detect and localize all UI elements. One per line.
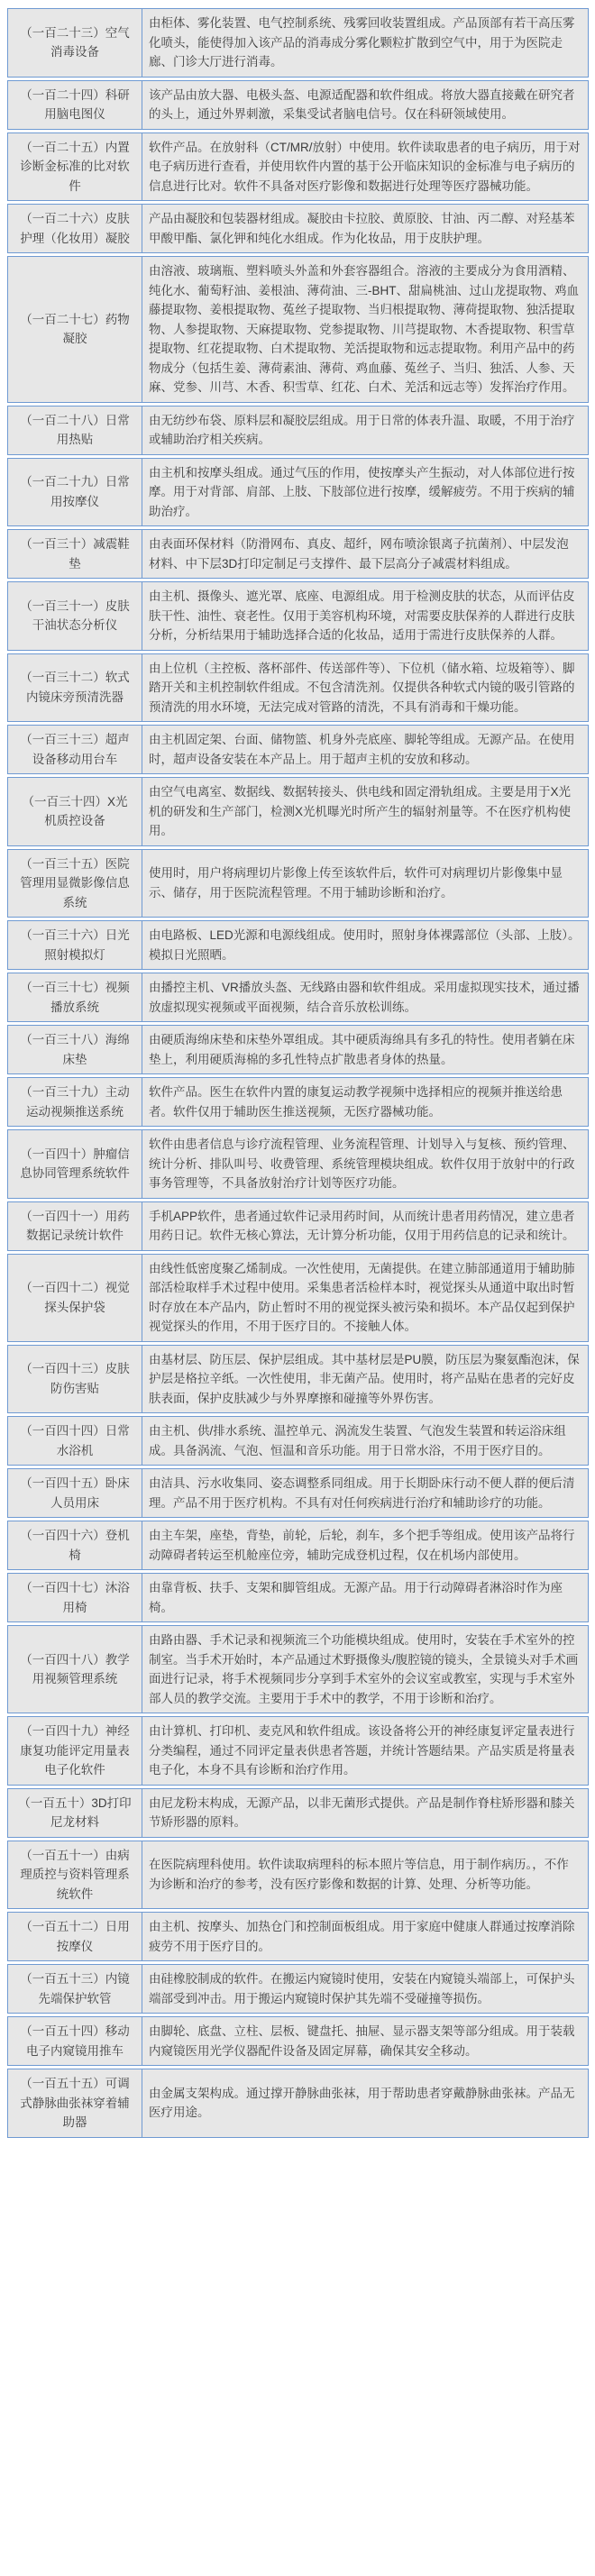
table-row: （一百三十五）医院管理用显微影像信息系统 使用时，用户将病理切片影像上传至该软件…	[7, 849, 589, 918]
item-label: （一百二十五）内置诊断金标准的比对软件	[7, 132, 142, 202]
item-description: 由播控主机、VR播放头盔、无线路由器和软件组成。采用虚拟现实技术，通过播放虚拟现…	[142, 973, 589, 1022]
table-row: （一百五十一）由病理质控与资料管理系统软件 在医院病理科使用。软件读取病理科的标…	[7, 1841, 589, 1910]
item-label: （一百五十一）由病理质控与资料管理系统软件	[7, 1841, 142, 1910]
item-description-text: 手机APP软件，患者通过软件记录用药时间，从而统计患者用药情况，建立患者用药日记…	[149, 1207, 581, 1246]
item-label: （一百四十四）日常水浴机	[7, 1416, 142, 1466]
table-row: （一百二十九）日常用按摩仪 由主机和按摩头组成。通过气压的作用，使按摩头产生振动…	[7, 458, 589, 527]
item-description: 由硬质海绵床垫和床垫外罩组成。其中硬质海绵具有多孔的特性。使用者躺在床垫上，利用…	[142, 1025, 589, 1074]
item-description-text: 由靠背板、扶手、支架和脚管组成。无源产品。用于行动障碍者淋浴时作为座椅。	[149, 1578, 581, 1617]
item-description-text: 软件由患者信息与诊疗流程管理、业务流程管理、计划导入与复核、预约管理、统计分析、…	[149, 1135, 581, 1193]
table-row: （一百四十）肿瘤信息协同管理系统软件 软件由患者信息与诊疗流程管理、业务流程管理…	[7, 1129, 589, 1199]
item-description-text: 由尼龙粉末构成，无源产品，以非无菌形式提供。产品是制作脊柱矫形器和膝关节矫形器的…	[149, 1794, 581, 1832]
item-description-text: 由播控主机、VR播放头盔、无线路由器和软件组成。采用虚拟现实技术，通过播放虚拟现…	[149, 978, 581, 1017]
document-page: （一百二十三）空气消毒设备 由柜体、雾化装置、电气控制系统、残雾回收装置组成。产…	[0, 0, 595, 2150]
item-description-text: 由计算机、打印机、麦克风和软件组成。该设备将公开的神经康复评定量表进行分类编程，…	[149, 1722, 581, 1780]
item-description: 由主机、供/排水系统、温控单元、涡流发生装置、气泡发生装置和转运浴床组成。具备涡…	[142, 1416, 589, 1466]
table-row: （一百三十四）X光机质控设备 由空气电离室、数据线、数据转接头、供电线和固定滑轨…	[7, 777, 589, 846]
item-description: 由金属支架构成。通过撑开静脉曲张袜，用于帮助患者穿戴静脉曲张袜。产品无医疗用途。	[142, 2069, 589, 2138]
item-description: 由基材层、防压层、保护层组成。其中基材层是PU膜，防压层为聚氨酯泡沫，保护层是格…	[142, 1345, 589, 1414]
item-description: 由电路板、LED光源和电源线组成。使用时，照射身体裸露部位（头部、上肢）。模拟日…	[142, 920, 589, 970]
table-row: （一百四十三）皮肤防伤害贴 由基材层、防压层、保护层组成。其中基材层是PU膜，防…	[7, 1345, 589, 1414]
item-description: 由主机、按摩头、加热仓门和控制面板组成。用于家庭中健康人群通过按摩消除疲劳不用于…	[142, 1912, 589, 1961]
item-label: （一百三十）减震鞋垫	[7, 529, 142, 579]
item-description: 由主机、摄像头、遮光罩、底座、电源组成。用于检测皮肤的状态，从而评估皮肤干性、油…	[142, 581, 589, 651]
item-description: 由表面环保材料（防滑网布、真皮、超纤，网布喷涂银离子抗菌剂）、中层发泡材料、中下…	[142, 529, 589, 579]
table-row: （一百五十五）可调式静脉曲张袜穿着辅助器 由金属支架构成。通过撑开静脉曲张袜，用…	[7, 2069, 589, 2138]
item-label: （一百四十八）教学用视频管理系统	[7, 1625, 142, 1713]
item-description-text: 由主机固定架、台面、储物篮、机身外壳底座、脚轮等组成。无源产品。在使用时，超声设…	[149, 730, 581, 769]
item-description: 由靠背板、扶手、支架和脚管组成。无源产品。用于行动障碍者淋浴时作为座椅。	[142, 1573, 589, 1622]
item-description-text: 由柜体、雾化装置、电气控制系统、残雾回收装置组成。产品顶部有若干高压雾化喷头，能…	[149, 14, 581, 72]
table-row: （一百五十四）移动电子内窥镜用推车 由脚轮、底盘、立柱、层板、键盘托、抽屉、显示…	[7, 2016, 589, 2066]
item-label: （一百四十二）视觉探头保护袋	[7, 1254, 142, 1342]
item-description: 由溶液、玻璃瓶、塑料喷头外盖和外套容器组合。溶液的主要成分为食用酒精、纯化水、葡…	[142, 256, 589, 403]
item-description-text: 由脚轮、底盘、立柱、层板、键盘托、抽屉、显示器支架等部分组成。用于装载内窥镜医用…	[149, 2022, 581, 2060]
table-row: （一百三十三）超声设备移动用台车 由主机固定架、台面、储物篮、机身外壳底座、脚轮…	[7, 725, 589, 774]
table-row: （一百五十）3D打印尼龙材料 由尼龙粉末构成，无源产品，以非无菌形式提供。产品是…	[7, 1788, 589, 1838]
item-description-text: 软件产品。在放射科（CT/MR/放射）中使用。软件读取患者的电子病历，用于对电子…	[149, 138, 581, 196]
table-row: （一百四十一）用药数据记录统计软件 手机APP软件，患者通过软件记录用药时间，从…	[7, 1201, 589, 1251]
table-row: （一百四十六）登机椅 由主车架，座垫，背垫，前轮，后轮，刹车，多个把手等组成。使…	[7, 1521, 589, 1570]
table-row: （一百三十九）主动运动视频推送系统 软件产品。医生在软件内置的康复运动教学视频中…	[7, 1077, 589, 1127]
item-description-text: 由路由器、手术记录和视频流三个功能模块组成。使用时，安装在手术室外的控制室。当手…	[149, 1631, 581, 1708]
item-description-text: 由上位机（主控板、落杯部件、传送部件等）、下位机（储水箱、垃圾箱等）、脚踏开关和…	[149, 659, 581, 717]
item-label: （一百四十七）沐浴用椅	[7, 1573, 142, 1622]
item-label: （一百三十七）视频播放系统	[7, 973, 142, 1022]
item-description: 由柜体、雾化装置、电气控制系统、残雾回收装置组成。产品顶部有若干高压雾化喷头，能…	[142, 8, 589, 78]
table-row: （一百四十五）卧床人员用床 由洁具、污水收集同、姿态调整系同组成。用于长期卧床行…	[7, 1468, 589, 1518]
table-row: （一百二十四）科研用脑电图仪 该产品由放大器、电极头盔、电源适配器和软件组成。将…	[7, 80, 589, 130]
table-row: （一百五十三）内镜先端保护软管 由硅橡胶制成的软件。在搬运内窥镜时使用，安装在内…	[7, 1964, 589, 2014]
item-description-text: 由主车架，座垫，背垫，前轮，后轮，刹车，多个把手等组成。使用该产品将行动障碍者转…	[149, 1526, 581, 1565]
table-row: （一百三十七）视频播放系统 由播控主机、VR播放头盔、无线路由器和软件组成。采用…	[7, 973, 589, 1022]
item-description-text: 由表面环保材料（防滑网布、真皮、超纤，网布喷涂银离子抗菌剂）、中层发泡材料、中下…	[149, 534, 581, 573]
item-description: 软件产品。医生在软件内置的康复运动教学视频中选择相应的视频并推送给患者。软件仅用…	[142, 1077, 589, 1127]
item-description: 由洁具、污水收集同、姿态调整系同组成。用于长期卧床行动不便人群的便后清理。产品不…	[142, 1468, 589, 1518]
item-label: （一百四十）肿瘤信息协同管理系统软件	[7, 1129, 142, 1199]
item-label: （一百四十九）神经康复功能评定用量表电子化软件	[7, 1716, 142, 1786]
item-description-text: 由金属支架构成。通过撑开静脉曲张袜，用于帮助患者穿戴静脉曲张袜。产品无医疗用途。	[149, 2084, 581, 2123]
table-row: （一百二十五）内置诊断金标准的比对软件 软件产品。在放射科（CT/MR/放射）中…	[7, 132, 589, 202]
item-description-text: 由电路板、LED光源和电源线组成。使用时，照射身体裸露部位（头部、上肢）。模拟日…	[149, 926, 581, 964]
table-row: （一百三十二）软式内镜床旁预清洗器 由上位机（主控板、落杯部件、传送部件等）、下…	[7, 653, 589, 723]
item-description-text: 软件产品。医生在软件内置的康复运动教学视频中选择相应的视频并推送给患者。软件仅用…	[149, 1082, 581, 1121]
item-label: （一百三十五）医院管理用显微影像信息系统	[7, 849, 142, 918]
item-description: 由脚轮、底盘、立柱、层板、键盘托、抽屉、显示器支架等部分组成。用于装载内窥镜医用…	[142, 2016, 589, 2066]
item-label: （一百三十三）超声设备移动用台车	[7, 725, 142, 774]
item-label: （一百四十五）卧床人员用床	[7, 1468, 142, 1518]
item-description-text: 由空气电离室、数据线、数据转接头、供电线和固定滑轨组成。主要是用于X光机的研发和…	[149, 782, 581, 841]
item-label: （一百三十八）海绵床垫	[7, 1025, 142, 1074]
table-row: （一百四十四）日常水浴机 由主机、供/排水系统、温控单元、涡流发生装置、气泡发生…	[7, 1416, 589, 1466]
item-description: 由主车架，座垫，背垫，前轮，后轮，刹车，多个把手等组成。使用该产品将行动障碍者转…	[142, 1521, 589, 1570]
item-description-text: 产品由凝胶和包装器材组成。凝胶由卡拉胶、黄原胶、甘油、丙二醇、对羟基苯甲酸甲酯、…	[149, 209, 581, 248]
item-description: 由无纺纱布袋、原料层和凝胶层组成。用于日常的体表升温、取暖，不用于治疗或辅助治疗…	[142, 406, 589, 455]
item-label: （一百二十七）药物凝胶	[7, 256, 142, 403]
item-description: 使用时，用户将病理切片影像上传至该软件后，软件可对病理切片影像集中显示、储存，用…	[142, 849, 589, 918]
item-label: （一百二十九）日常用按摩仪	[7, 458, 142, 527]
table-row: （一百三十六）日光照射模拟灯 由电路板、LED光源和电源线组成。使用时，照射身体…	[7, 920, 589, 970]
item-description-text: 在医院病理科使用。软件读取病理科的标本照片等信息，用于制作病历。，不作为诊断和治…	[149, 1855, 581, 1894]
item-label: （一百三十四）X光机质控设备	[7, 777, 142, 846]
item-description-text: 由线性低密度聚乙烯制成。一次性使用，无菌提供。在建立肺部通道用于辅助肺部活检取样…	[149, 1259, 581, 1337]
item-label: （一百五十五）可调式静脉曲张袜穿着辅助器	[7, 2069, 142, 2138]
item-description: 由路由器、手术记录和视频流三个功能模块组成。使用时，安装在手术室外的控制室。当手…	[142, 1625, 589, 1713]
item-description-text: 由基材层、防压层、保护层组成。其中基材层是PU膜，防压层为聚氨酯泡沫，保护层是格…	[149, 1350, 581, 1409]
item-description-text: 使用时，用户将病理切片影像上传至该软件后，软件可对病理切片影像集中显示、储存，用…	[149, 863, 581, 902]
item-label: （一百三十一）皮肤干油状态分析仪	[7, 581, 142, 651]
item-description: 在医院病理科使用。软件读取病理科的标本照片等信息，用于制作病历。，不作为诊断和治…	[142, 1841, 589, 1910]
item-description: 由主机固定架、台面、储物篮、机身外壳底座、脚轮等组成。无源产品。在使用时，超声设…	[142, 725, 589, 774]
item-label: （一百三十九）主动运动视频推送系统	[7, 1077, 142, 1127]
item-description-text: 由硅橡胶制成的软件。在搬运内窥镜时使用，安装在内窥镜头端部上，可保护头端部受到冲…	[149, 1969, 581, 2008]
item-description: 由硅橡胶制成的软件。在搬运内窥镜时使用，安装在内窥镜头端部上，可保护头端部受到冲…	[142, 1964, 589, 2014]
item-label: （一百二十六）皮肤护理（化妆用）凝胶	[7, 204, 142, 253]
item-label: （一百三十二）软式内镜床旁预清洗器	[7, 653, 142, 723]
item-description-text: 由无纺纱布袋、原料层和凝胶层组成。用于日常的体表升温、取暖，不用于治疗或辅助治疗…	[149, 411, 581, 450]
item-label: （一百四十一）用药数据记录统计软件	[7, 1201, 142, 1251]
item-description-text: 由洁具、污水收集同、姿态调整系同组成。用于长期卧床行动不便人群的便后清理。产品不…	[149, 1474, 581, 1512]
table-row: （一百二十七）药物凝胶 由溶液、玻璃瓶、塑料喷头外盖和外套容器组合。溶液的主要成…	[7, 256, 589, 403]
table-row: （一百二十八）日常用热贴 由无纺纱布袋、原料层和凝胶层组成。用于日常的体表升温、…	[7, 406, 589, 455]
table-row: （一百四十七）沐浴用椅 由靠背板、扶手、支架和脚管组成。无源产品。用于行动障碍者…	[7, 1573, 589, 1622]
item-description-text: 由主机、供/排水系统、温控单元、涡流发生装置、气泡发生装置和转运浴床组成。具备涡…	[149, 1421, 581, 1460]
table-row: （一百三十八）海绵床垫 由硬质海绵床垫和床垫外罩组成。其中硬质海绵具有多孔的特性…	[7, 1025, 589, 1074]
item-description-text: 由硬质海绵床垫和床垫外罩组成。其中硬质海绵具有多孔的特性。使用者躺在床垫上，利用…	[149, 1030, 581, 1069]
item-description-text: 由主机、摄像头、遮光罩、底座、电源组成。用于检测皮肤的状态，从而评估皮肤干性、油…	[149, 587, 581, 645]
item-label: （一百五十）3D打印尼龙材料	[7, 1788, 142, 1838]
item-description: 手机APP软件，患者通过软件记录用药时间，从而统计患者用药情况，建立患者用药日记…	[142, 1201, 589, 1251]
item-description: 产品由凝胶和包装器材组成。凝胶由卡拉胶、黄原胶、甘油、丙二醇、对羟基苯甲酸甲酯、…	[142, 204, 589, 253]
item-label: （一百五十三）内镜先端保护软管	[7, 1964, 142, 2014]
item-label: （一百四十三）皮肤防伤害贴	[7, 1345, 142, 1414]
table-row: （一百四十九）神经康复功能评定用量表电子化软件 由计算机、打印机、麦克风和软件组…	[7, 1716, 589, 1786]
table-row: （一百二十三）空气消毒设备 由柜体、雾化装置、电气控制系统、残雾回收装置组成。产…	[7, 8, 589, 78]
item-label: （一百五十二）日用按摩仪	[7, 1912, 142, 1961]
item-description: 由上位机（主控板、落杯部件、传送部件等）、下位机（储水箱、垃圾箱等）、脚踏开关和…	[142, 653, 589, 723]
table-row: （一百三十一）皮肤干油状态分析仪 由主机、摄像头、遮光罩、底座、电源组成。用于检…	[7, 581, 589, 651]
item-description: 由线性低密度聚乙烯制成。一次性使用，无菌提供。在建立肺部通道用于辅助肺部活检取样…	[142, 1254, 589, 1342]
item-description: 由尼龙粉末构成，无源产品，以非无菌形式提供。产品是制作脊柱矫形器和膝关节矫形器的…	[142, 1788, 589, 1838]
item-description-text: 该产品由放大器、电极头盔、电源适配器和软件组成。将放大器直接戴在研究者的头上，通…	[149, 86, 581, 124]
item-description: 由空气电离室、数据线、数据转接头、供电线和固定滑轨组成。主要是用于X光机的研发和…	[142, 777, 589, 846]
item-table: （一百二十三）空气消毒设备 由柜体、雾化装置、电气控制系统、残雾回收装置组成。产…	[7, 8, 589, 2138]
item-description: 该产品由放大器、电极头盔、电源适配器和软件组成。将放大器直接戴在研究者的头上，通…	[142, 80, 589, 130]
item-description-text: 由溶液、玻璃瓶、塑料喷头外盖和外套容器组合。溶液的主要成分为食用酒精、纯化水、葡…	[149, 261, 581, 397]
item-label: （一百三十六）日光照射模拟灯	[7, 920, 142, 970]
item-description: 由主机和按摩头组成。通过气压的作用，使按摩头产生振动，对人体部位进行按摩。用于对…	[142, 458, 589, 527]
table-row: （一百五十二）日用按摩仪 由主机、按摩头、加热仓门和控制面板组成。用于家庭中健康…	[7, 1912, 589, 1961]
item-description-text: 由主机、按摩头、加热仓门和控制面板组成。用于家庭中健康人群通过按摩消除疲劳不用于…	[149, 1917, 581, 1956]
item-description: 由计算机、打印机、麦克风和软件组成。该设备将公开的神经康复评定量表进行分类编程，…	[142, 1716, 589, 1786]
item-label: （一百五十四）移动电子内窥镜用推车	[7, 2016, 142, 2066]
table-row: （一百四十二）视觉探头保护袋 由线性低密度聚乙烯制成。一次性使用，无菌提供。在建…	[7, 1254, 589, 1342]
item-description: 软件由患者信息与诊疗流程管理、业务流程管理、计划导入与复核、预约管理、统计分析、…	[142, 1129, 589, 1199]
item-description-text: 由主机和按摩头组成。通过气压的作用，使按摩头产生振动，对人体部位进行按摩。用于对…	[149, 463, 581, 522]
table-row: （一百三十）减震鞋垫 由表面环保材料（防滑网布、真皮、超纤，网布喷涂银离子抗菌剂…	[7, 529, 589, 579]
item-label: （一百二十八）日常用热贴	[7, 406, 142, 455]
item-label: （一百四十六）登机椅	[7, 1521, 142, 1570]
table-row: （一百二十六）皮肤护理（化妆用）凝胶 产品由凝胶和包装器材组成。凝胶由卡拉胶、黄…	[7, 204, 589, 253]
item-description: 软件产品。在放射科（CT/MR/放射）中使用。软件读取患者的电子病历，用于对电子…	[142, 132, 589, 202]
item-label: （一百二十四）科研用脑电图仪	[7, 80, 142, 130]
table-row: （一百四十八）教学用视频管理系统 由路由器、手术记录和视频流三个功能模块组成。使…	[7, 1625, 589, 1713]
item-label: （一百二十三）空气消毒设备	[7, 8, 142, 78]
